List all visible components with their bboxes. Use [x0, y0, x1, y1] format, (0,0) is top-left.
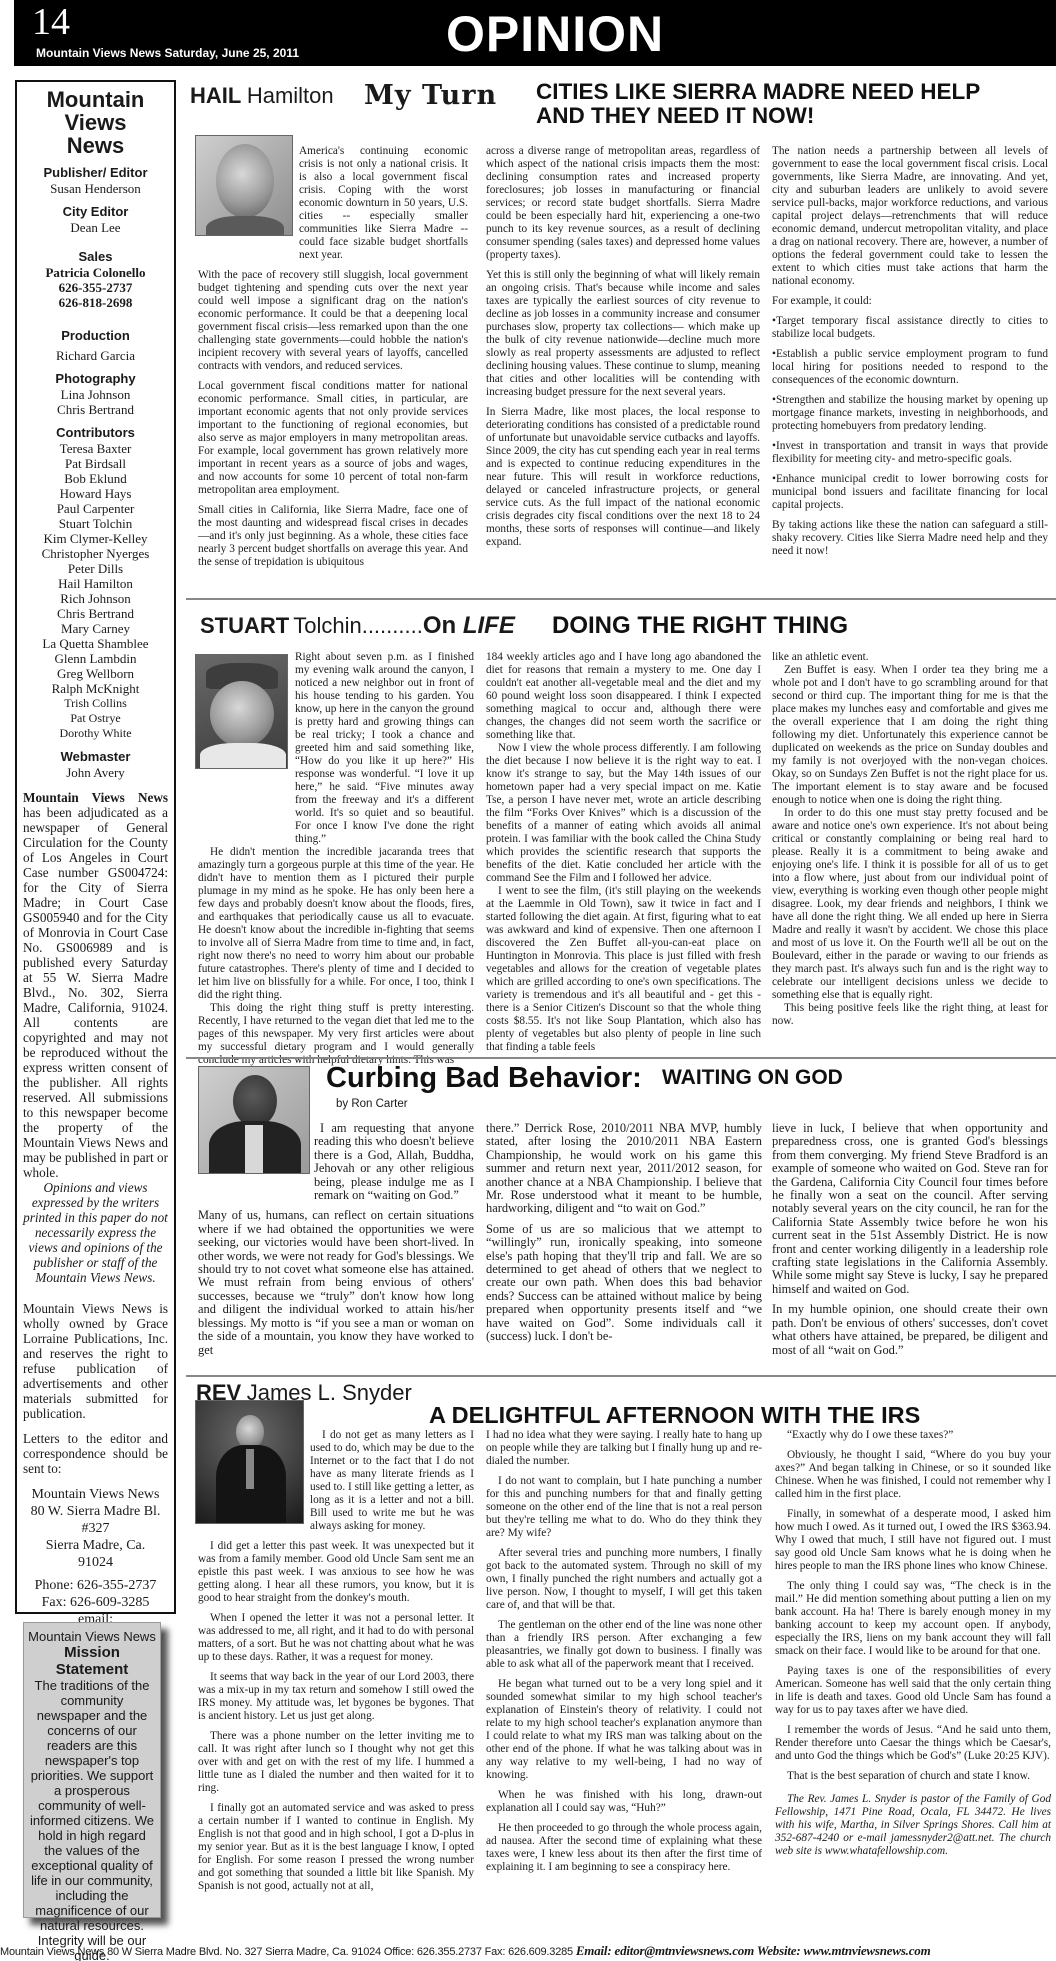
contributor: Mary Carney [23, 621, 168, 636]
contributor: Pat Birdsall [23, 456, 168, 471]
mission-text: The traditions of the community newspape… [28, 1678, 156, 1961]
paragraph: He then proceeded to go through the whol… [486, 1822, 762, 1874]
title-line: Mountain [23, 88, 168, 111]
headline: A DELIGHTFUL AFTERNOON WITH THE IRS [429, 1402, 920, 1429]
article-column: I had no idea what they were saying. I r… [486, 1429, 762, 1881]
mission-statement-box: Mountain Views News Mission Statement Th… [23, 1622, 161, 1918]
byline: by Ron Carter [336, 1098, 408, 1110]
adjudication-text: has been adjudicated as a newspaper of G… [23, 805, 168, 1180]
contributor: Peter Dills [23, 561, 168, 576]
ownership-notice: Mountain Views News is wholly owned by G… [23, 1301, 168, 1421]
paragraph: Some of us are so malicious that we atte… [486, 1223, 762, 1344]
bullet-item: •Invest in transportation and transit in… [772, 440, 1048, 466]
paragraph: I do not want to complain, but I hate pu… [486, 1475, 762, 1540]
paragraph: The only thing I could say was, “The che… [775, 1580, 1051, 1658]
mailing-address: Mountain Views News 80 W. Sierra Madre B… [23, 1486, 168, 1571]
paragraph: That is the best separation of church an… [775, 1770, 1051, 1783]
paragraph: This being positive feels like the right… [772, 1002, 1048, 1028]
address-line: 80 W. Sierra Madre Bl. [23, 1503, 168, 1520]
paragraph: In Sierra Madre, like most places, the l… [486, 406, 760, 549]
sales-phone: 626-355-2737 [23, 280, 168, 295]
author-last: Tolchin.......... [293, 613, 423, 638]
phone: Phone: 626-355-2737 [23, 1577, 168, 1594]
section-divider [186, 598, 1056, 600]
title-line: News [23, 134, 168, 157]
paragraph: I had no idea what they were saying. I r… [486, 1429, 762, 1468]
paragraph: By taking actions like these the nation … [772, 519, 1048, 558]
column-title-emphasis: LIFE [463, 612, 515, 639]
paragraph: It seems that way back in the year of ou… [198, 1671, 474, 1723]
webmaster-name: John Avery [23, 765, 168, 780]
headline-line: AND THEY NEED IT NOW! [536, 104, 980, 128]
contributor: Ralph McKnight [23, 681, 168, 696]
mission-org: Mountain Views News [28, 1629, 156, 1644]
article-column: like an athletic event. Zen Buffet is ea… [772, 651, 1048, 1028]
paragraph: Small cities in California, like Sierra … [198, 504, 468, 569]
contributor: Chris Bertrand [23, 606, 168, 621]
contributor: Stuart Tolchin [23, 516, 168, 531]
paragraph: Now I view the whole process differently… [486, 742, 761, 885]
publication-date-line: Mountain Views News Saturday, June 25, 2… [36, 46, 299, 60]
paragraph: When he was finished with his long, draw… [486, 1789, 762, 1815]
photographer-name: Chris Bertrand [23, 402, 168, 417]
production-label: Production [23, 328, 168, 344]
article-column: 184 weekly articles ago and I have long … [486, 651, 761, 1054]
bullet-item: •Target temporary fiscal assistance dire… [772, 315, 1048, 341]
author-last: Hamilton [247, 83, 334, 108]
address-line: Sierra Madre, Ca. [23, 1537, 168, 1554]
paragraph: I remember the words of Jesus. “And he s… [775, 1724, 1051, 1763]
adjudication-notice: Mountain Views News has been adjudicated… [23, 790, 168, 1180]
contributor: Paul Carpenter [23, 501, 168, 516]
headline: DOING THE RIGHT THING [552, 612, 848, 640]
paragraph: “Exactly why do I owe these taxes?” [775, 1429, 1051, 1442]
contributor: La Quetta Shamblee [23, 636, 168, 651]
column-title: My Turn [364, 80, 497, 111]
author-first: STUART [200, 613, 289, 638]
paragraph: I am requesting that anyone reading this… [198, 1122, 474, 1202]
paragraph: In order to do this one must stay pretty… [772, 807, 1048, 1002]
paragraph: Right about seven p.m. as I finished my … [198, 651, 474, 846]
title-line: Views [23, 111, 168, 134]
author-byline: HAIL Hamilton [190, 83, 334, 109]
paragraph: I went to see the film, (it's still play… [486, 885, 761, 1054]
section-divider [186, 1375, 1056, 1377]
article-column: I am requesting that anyone reading this… [198, 1122, 474, 1364]
article-column: “Exactly why do I owe these taxes?” Obvi… [775, 1429, 1051, 1865]
paragraph: Zen Buffet is easy. When I order tea the… [772, 664, 1048, 807]
footer-email-link[interactable]: Email: editor@mtnviewsnews.com [576, 1943, 754, 1958]
paragraph: Obviously, he thought I said, “Where do … [775, 1449, 1051, 1501]
paragraph: I do not get as many letters as I used t… [198, 1429, 474, 1533]
article-snyder: REV James L. Snyder A DELIGHTFUL AFTERNO… [196, 1380, 1056, 1430]
city-editor-label: City Editor [23, 204, 168, 220]
paragraph: 184 weekly articles ago and I have long … [486, 651, 761, 742]
paragraph: The nation needs a partnership between a… [772, 145, 1048, 288]
headline: CITIES LIKE SIERRA MADRE NEED HELP AND T… [536, 80, 980, 128]
column-title: Curbing Bad Behavior: [326, 1062, 642, 1095]
photography-label: Photography [23, 371, 168, 387]
paragraph: Yet this is still only the beginning of … [486, 269, 760, 399]
paragraph: America's continuing economic crisis is … [198, 145, 468, 262]
contributor: Bob Eklund [23, 471, 168, 486]
article-carter: Curbing Bad Behavior: WAITING ON GOD by … [326, 1062, 1056, 1112]
article-column: I do not get as many letters as I used t… [198, 1429, 474, 1900]
contributor: Christopher Nyerges [23, 546, 168, 561]
photographer-name: Lina Johnson [23, 387, 168, 402]
bullet-item: •Establish a public service employment p… [772, 348, 1048, 387]
contributor: Dorothy White [23, 726, 168, 741]
contributors-label: Contributors [23, 425, 168, 441]
bullet-item: •Strengthen and stabilize the housing ma… [772, 394, 1048, 433]
mission-title: Mission Statement [28, 1644, 156, 1678]
address-line: Mountain Views News [23, 1486, 168, 1503]
paragraph: I did get a letter this past week. It wa… [198, 1540, 474, 1605]
sales-label: Sales [23, 249, 168, 265]
contributor: Hail Hamilton [23, 576, 168, 591]
section-title: OPINION [446, 6, 664, 62]
paragraph: With the pace of recovery still sluggish… [198, 269, 468, 373]
article-tolchin: STUART Tolchin..........On LIFE DOING TH… [200, 612, 1056, 642]
letters-intro: Letters to the editor and correspondence… [23, 1431, 168, 1476]
paragraph: there.” Derrick Rose, 2010/2011 NBA MVP,… [486, 1122, 762, 1216]
article-column: across a diverse range of metropolitan a… [486, 145, 760, 556]
page-footer: Mountain Views News 80 W Sierra Madre Bl… [0, 1942, 1056, 1960]
footer-website-link[interactable]: Website: www.mtnviewsnews.com [757, 1943, 931, 1958]
paragraph: across a diverse range of metropolitan a… [486, 145, 760, 262]
paragraph: Finally, in somewhat of a desperate mood… [775, 1508, 1051, 1573]
contributor: Greg Wellborn [23, 666, 168, 681]
contributor: Kim Clymer-Kelley [23, 531, 168, 546]
paragraph: For example, it could: [772, 295, 1048, 308]
paragraph: In my humble opinion, one should create … [772, 1303, 1048, 1357]
opinion-disclaimer: Opinions and views expressed by the writ… [23, 1180, 168, 1285]
paragraph: like an athletic event. [772, 651, 1048, 664]
author-first: HAIL [190, 83, 241, 108]
staff-box: Mountain Views News Publisher/ Editor Su… [15, 80, 176, 1614]
paragraph: lieve in luck, I believe that when oppor… [772, 1122, 1048, 1296]
contributor: Rich Johnson [23, 591, 168, 606]
publisher-name: Susan Henderson [23, 181, 168, 196]
section-divider [186, 1057, 1056, 1059]
city-editor-name: Dean Lee [23, 220, 168, 235]
publisher-label: Publisher/ Editor [23, 165, 168, 181]
paragraph: After several tries and punching more nu… [486, 1547, 762, 1612]
contributors-list: Teresa Baxter Pat Birdsall Bob Eklund Ho… [23, 441, 168, 741]
headline-line: CITIES LIKE SIERRA MADRE NEED HELP [536, 80, 980, 104]
article-column: lieve in luck, I believe that when oppor… [772, 1122, 1048, 1364]
paragraph: He didn't mention the incredible jacaran… [198, 846, 474, 1002]
contributor: Pat Ostrye [23, 711, 168, 726]
contributor: Glenn Lambdin [23, 651, 168, 666]
contributor: Howard Hays [23, 486, 168, 501]
webmaster-label: Webmaster [23, 749, 168, 765]
article-column: America's continuing economic crisis is … [198, 145, 468, 576]
paragraph: I finally got an automated service and w… [198, 1802, 474, 1893]
sidebar-title: Mountain Views News [23, 88, 168, 157]
sales-name: Patricia Colonello [23, 265, 168, 280]
paragraph: Paying taxes is one of the responsibilit… [775, 1665, 1051, 1717]
address-line: #327 [23, 1520, 168, 1537]
masthead: 14 Mountain Views News Saturday, June 25… [14, 0, 1056, 66]
paragraph: There was a phone number on the letter i… [198, 1730, 474, 1795]
article-column: Right about seven p.m. as I finished my … [198, 651, 474, 1067]
paragraph: He began what turned out to be a very lo… [486, 1678, 762, 1782]
column-title: On [423, 612, 463, 639]
sales-phone: 626-818-2698 [23, 295, 168, 310]
production-name: Richard Garcia [23, 348, 168, 363]
page-number: 14 [32, 0, 70, 44]
publication-name: Mountain Views News [23, 790, 168, 805]
paragraph: Many of us, humans, can reflect on certa… [198, 1209, 474, 1356]
footer-address: Mountain Views News 80 W Sierra Madre Bl… [0, 1946, 576, 1958]
author-bio: The Rev. James L. Snyder is pastor of th… [775, 1793, 1051, 1858]
paragraph: The gentleman on the other end of the li… [486, 1619, 762, 1671]
bullet-item: •Enhance municipal credit to lower borro… [772, 473, 1048, 512]
address-line: 91024 [23, 1554, 168, 1571]
article-column: The nation needs a partnership between a… [772, 145, 1048, 565]
paragraph: When I opened the letter it was not a pe… [198, 1612, 474, 1664]
contributor: Teresa Baxter [23, 441, 168, 456]
article-column: there.” Derrick Rose, 2010/2011 NBA MVP,… [486, 1122, 762, 1351]
fax: Fax: 626-609-3285 [23, 1594, 168, 1611]
paragraph: Local government fiscal conditions matte… [198, 380, 468, 497]
headline: WAITING ON GOD [662, 1066, 843, 1090]
contributor: Trish Collins [23, 696, 168, 711]
